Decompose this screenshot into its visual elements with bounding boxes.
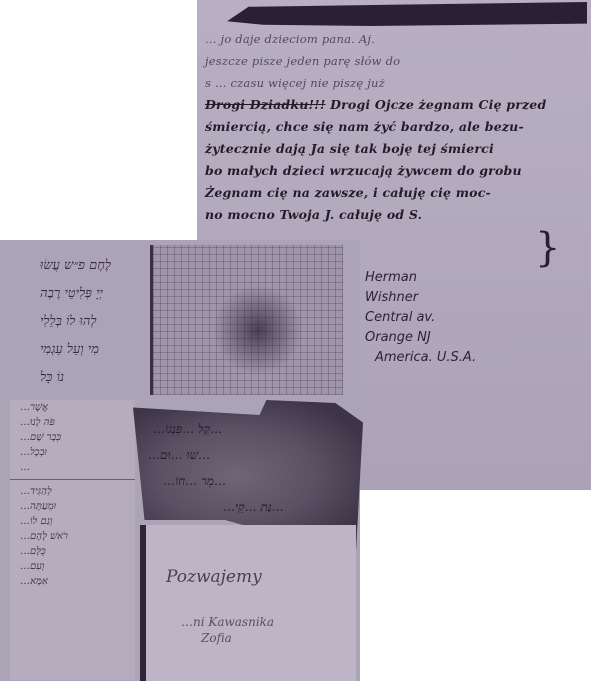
note-line: …רֹאשׁ לָהֶם (10, 529, 135, 544)
script-line: לְהוּ לוֹ בְּלֵלִי (40, 308, 280, 336)
fragment-line: …קַל …פִּנְגוֹ… (153, 422, 222, 437)
address-line: Herman (365, 268, 585, 288)
card-line: Zofia (201, 631, 232, 645)
note-line: …אִמָּא (10, 574, 135, 589)
address-block: Herman Wishner 11.Central av. 9(Orange N… (365, 268, 585, 368)
card-line: Pozwajemy (166, 567, 262, 587)
letter-text: … jo daje dzieciom pana. Aj. jeszcze pis… (205, 28, 585, 226)
salutation: Drogi Ojcze żegnam Cię przed (326, 97, 547, 112)
address-line: 11.Central av. (365, 308, 585, 328)
bottom-card: Pozwajemy …ni Kawasnika Zofia (140, 525, 356, 681)
letter-line: … jo daje dzieciom pana. Aj. (205, 28, 585, 50)
card-line: …ni Kawasnika (181, 615, 274, 629)
script-line: לֶחֶם פ״ש עֲשׂוּ (40, 252, 280, 280)
note-line: …כְּבָר שָׁם (10, 430, 135, 445)
note-line: …כֻּלָּם (10, 544, 135, 559)
fragment-line: …שׁוּ …וּם… (148, 448, 210, 463)
address-text: Orange NJ (365, 330, 431, 345)
script-line: מִי וְעַל עַגְמִי (40, 336, 280, 364)
letter-line: bo małych dzieci wrzucają żywcem do grob… (205, 160, 585, 182)
struck-salutation: Drogi Dziadku!!! (205, 97, 326, 112)
script-line: נוֹ כָּל (40, 364, 280, 392)
brace-mark: } (535, 225, 560, 271)
fragment-line: …מְר …חוֹ… (163, 474, 226, 489)
note-line: …אֲשֶׁר (10, 400, 135, 415)
fragments-collage: לֶחֶם פ״ש עֲשׂוּ יְיָ פְּלִיטֵי רֶבֶה לְ… (0, 240, 360, 681)
letter-line: Żegnam cię na zawsze, i całuję cię moc- (205, 182, 585, 204)
letter-line: śmiercią, chce się nam żyć bardzo, ale b… (205, 116, 585, 138)
letter-line: żytecznie dają Ja się tak boję tej śmier… (205, 138, 585, 160)
divider (10, 479, 135, 480)
address-line: 9(Orange NJ (365, 328, 585, 348)
note-line: …לְהַגִּיד (10, 484, 135, 499)
address-line: America. U.S.A. (365, 348, 585, 368)
letter-line: Drogi Dziadku!!! Drogi Ojcze żegnam Cię … (205, 94, 585, 116)
fragment-line: …נַּת …קֵי… (223, 500, 284, 515)
torn-top-edge (227, 2, 587, 26)
letter-line: s … czasu więcej nie piszę już (205, 72, 585, 94)
address-text: Central av. (365, 310, 435, 325)
hebrew-script-note: לֶחֶם פ״ש עֲשׂוּ יְיָ פְּלִיטֵי רֶבֶה לְ… (40, 252, 280, 392)
letter-line: no mocno Twoja J. całuję od S. (205, 204, 585, 226)
address-text: Wishner (365, 290, 418, 305)
address-line: Wishner (365, 288, 585, 308)
side-notes-page: …אֲשֶׁר …פֹּה לָנוּ …כְּבָר שָׁם …וּבְכָ… (10, 400, 135, 680)
note-line: …וְגַם לוֹ (10, 514, 135, 529)
note-line: …וְעִם (10, 559, 135, 574)
script-line: יְיָ פְּלִיטֵי רֶבֶה (40, 280, 280, 308)
address-text: Herman (365, 270, 417, 285)
note-line: …פֹּה לָנוּ (10, 415, 135, 430)
letter-line: jeszcze pisze jeden parę słów do (205, 50, 585, 72)
note-line: … (10, 460, 135, 475)
address-text: America. U.S.A. (375, 350, 476, 365)
note-line: …וּבְכָל (10, 445, 135, 460)
note-line: …וּמֵעַתָּה (10, 499, 135, 514)
